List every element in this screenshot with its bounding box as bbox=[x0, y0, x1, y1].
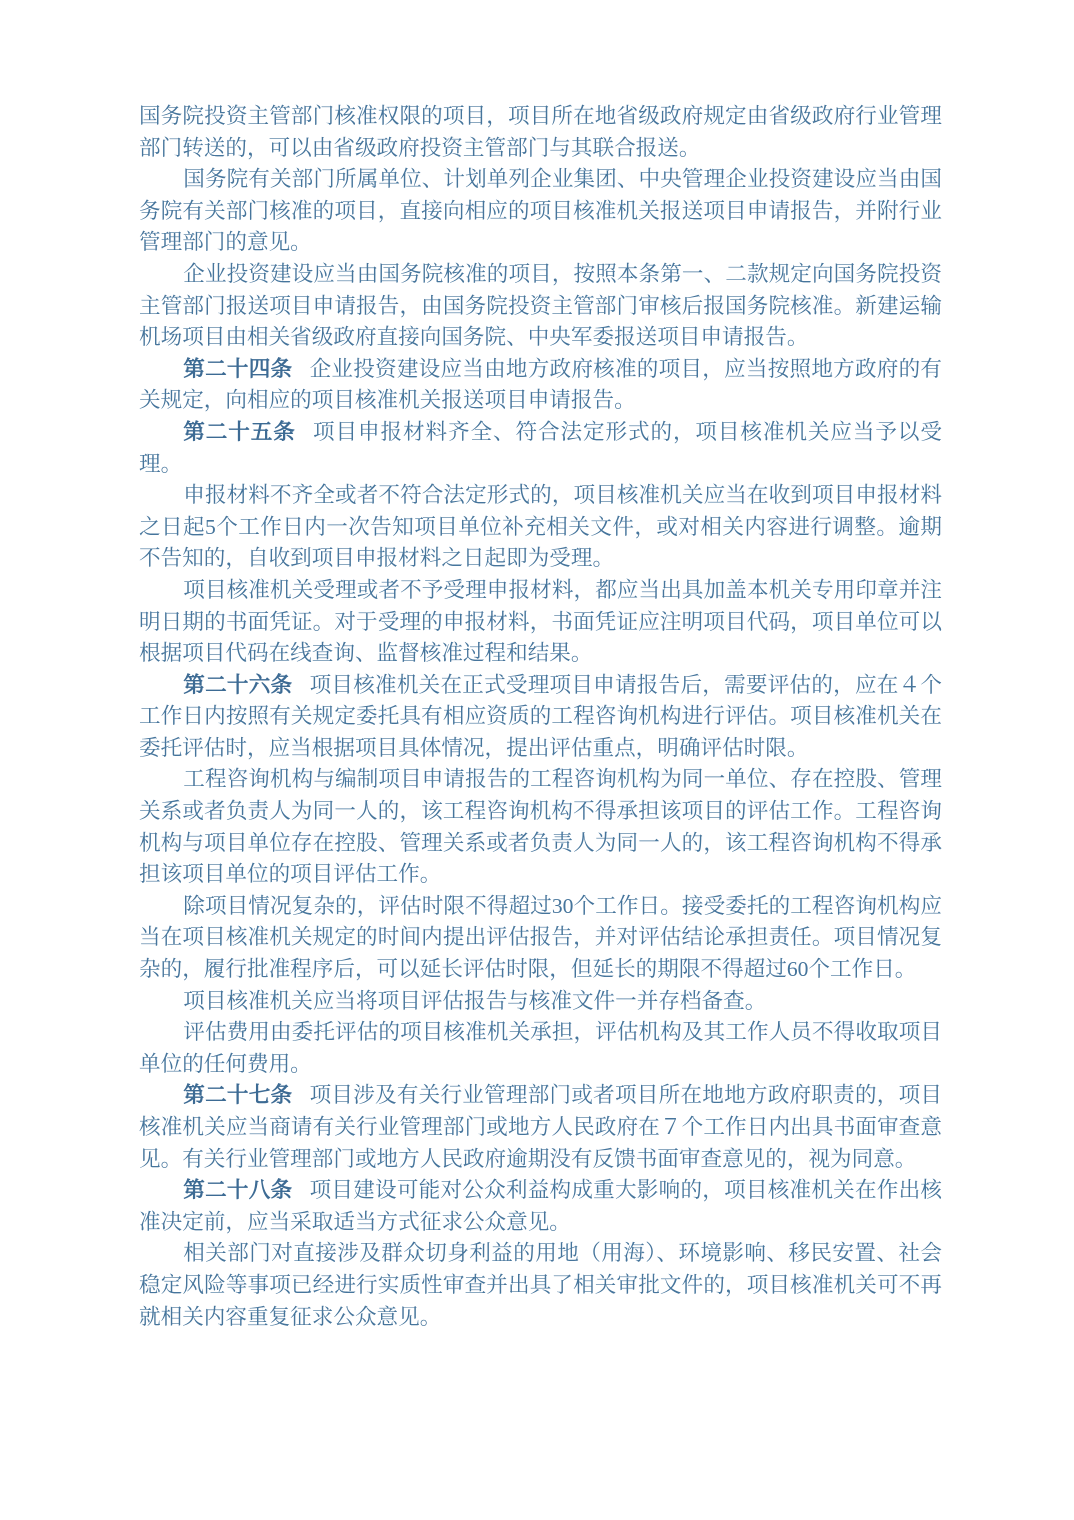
paragraph: 相关部门对直接涉及群众切身利益的用地（用海）、环境影响、移民安置、社会稳定风险等… bbox=[139, 1238, 942, 1333]
article-number: 第二十六条 bbox=[183, 673, 292, 697]
paragraph-article-28: 第二十八条项目建设可能对公众利益构成重大影响的，项目核准机关在作出核准决定前，应… bbox=[139, 1175, 942, 1238]
article-number: 第二十五条 bbox=[183, 420, 295, 444]
paragraph: 除项目情况复杂的，评估时限不得超过30个工作日。接受委托的工程咨询机构应当在项目… bbox=[139, 891, 942, 986]
paragraph-text: 工程咨询机构与编制项目申请报告的工程咨询机构为同一单位、存在控股、管理关系或者负… bbox=[139, 767, 942, 886]
paragraph-text: 国务院投资主管部门核准权限的项目，项目所在地省级政府规定由省级政府行业管理部门转… bbox=[139, 104, 942, 160]
paragraph-text: 企业投资建设应当由国务院核准的项目，按照本条第一、二款规定向国务院投资主管部门报… bbox=[139, 262, 942, 349]
paragraph: 国务院投资主管部门核准权限的项目，项目所在地省级政府规定由省级政府行业管理部门转… bbox=[139, 101, 942, 164]
paragraph: 评估费用由委托评估的项目核准机关承担，评估机构及其工作人员不得收取项目单位的任何… bbox=[139, 1017, 942, 1080]
paragraph: 工程咨询机构与编制项目申请报告的工程咨询机构为同一单位、存在控股、管理关系或者负… bbox=[139, 764, 942, 890]
paragraph-text: 申报材料不齐全或者不符合法定形式的，项目核准机关应当在收到项目申报材料之日起5个… bbox=[139, 483, 942, 570]
paragraph: 企业投资建设应当由国务院核准的项目，按照本条第一、二款规定向国务院投资主管部门报… bbox=[139, 259, 942, 354]
paragraph: 国务院有关部门所属单位、计划单列企业集团、中央管理企业投资建设应当由国务院有关部… bbox=[139, 164, 942, 259]
paragraph: 项目核准机关应当将项目评估报告与核准文件一并存档备查。 bbox=[139, 986, 942, 1018]
paragraph-article-27: 第二十七条项目涉及有关行业管理部门或者项目所在地地方政府职责的，项目核准机关应当… bbox=[139, 1080, 942, 1175]
paragraph-text: 评估费用由委托评估的项目核准机关承担，评估机构及其工作人员不得收取项目单位的任何… bbox=[139, 1020, 942, 1076]
paragraph-text: 除项目情况复杂的，评估时限不得超过30个工作日。接受委托的工程咨询机构应当在项目… bbox=[139, 894, 942, 981]
paragraph-article-25: 第二十五条项目申报材料齐全、符合法定形式的，项目核准机关应当予以受理。 bbox=[139, 417, 942, 480]
paragraph: 申报材料不齐全或者不符合法定形式的，项目核准机关应当在收到项目申报材料之日起5个… bbox=[139, 480, 942, 575]
document-text-block: 国务院投资主管部门核准权限的项目，项目所在地省级政府规定由省级政府行业管理部门转… bbox=[139, 101, 942, 1333]
paragraph-text: 国务院有关部门所属单位、计划单列企业集团、中央管理企业投资建设应当由国务院有关部… bbox=[139, 167, 942, 254]
document-page: 国务院投资主管部门核准权限的项目，项目所在地省级政府规定由省级政府行业管理部门转… bbox=[0, 0, 1074, 1520]
paragraph-article-24: 第二十四条企业投资建设应当由地方政府核准的项目，应当按照地方政府的有关规定，向相… bbox=[139, 354, 942, 417]
article-number: 第二十七条 bbox=[183, 1083, 292, 1107]
article-number: 第二十四条 bbox=[183, 357, 292, 381]
paragraph-text: 相关部门对直接涉及群众切身利益的用地（用海）、环境影响、移民安置、社会稳定风险等… bbox=[139, 1241, 942, 1328]
article-number: 第二十八条 bbox=[183, 1178, 292, 1202]
paragraph-text: 项目核准机关应当将项目评估报告与核准文件一并存档备查。 bbox=[183, 989, 766, 1013]
paragraph-article-26: 第二十六条项目核准机关在正式受理项目申请报告后，需要评估的，应在４个工作日内按照… bbox=[139, 670, 942, 765]
paragraph: 项目核准机关受理或者不予受理申报材料，都应当出具加盖本机关专用印章并注明日期的书… bbox=[139, 575, 942, 670]
paragraph-text: 项目核准机关受理或者不予受理申报材料，都应当出具加盖本机关专用印章并注明日期的书… bbox=[139, 578, 942, 665]
